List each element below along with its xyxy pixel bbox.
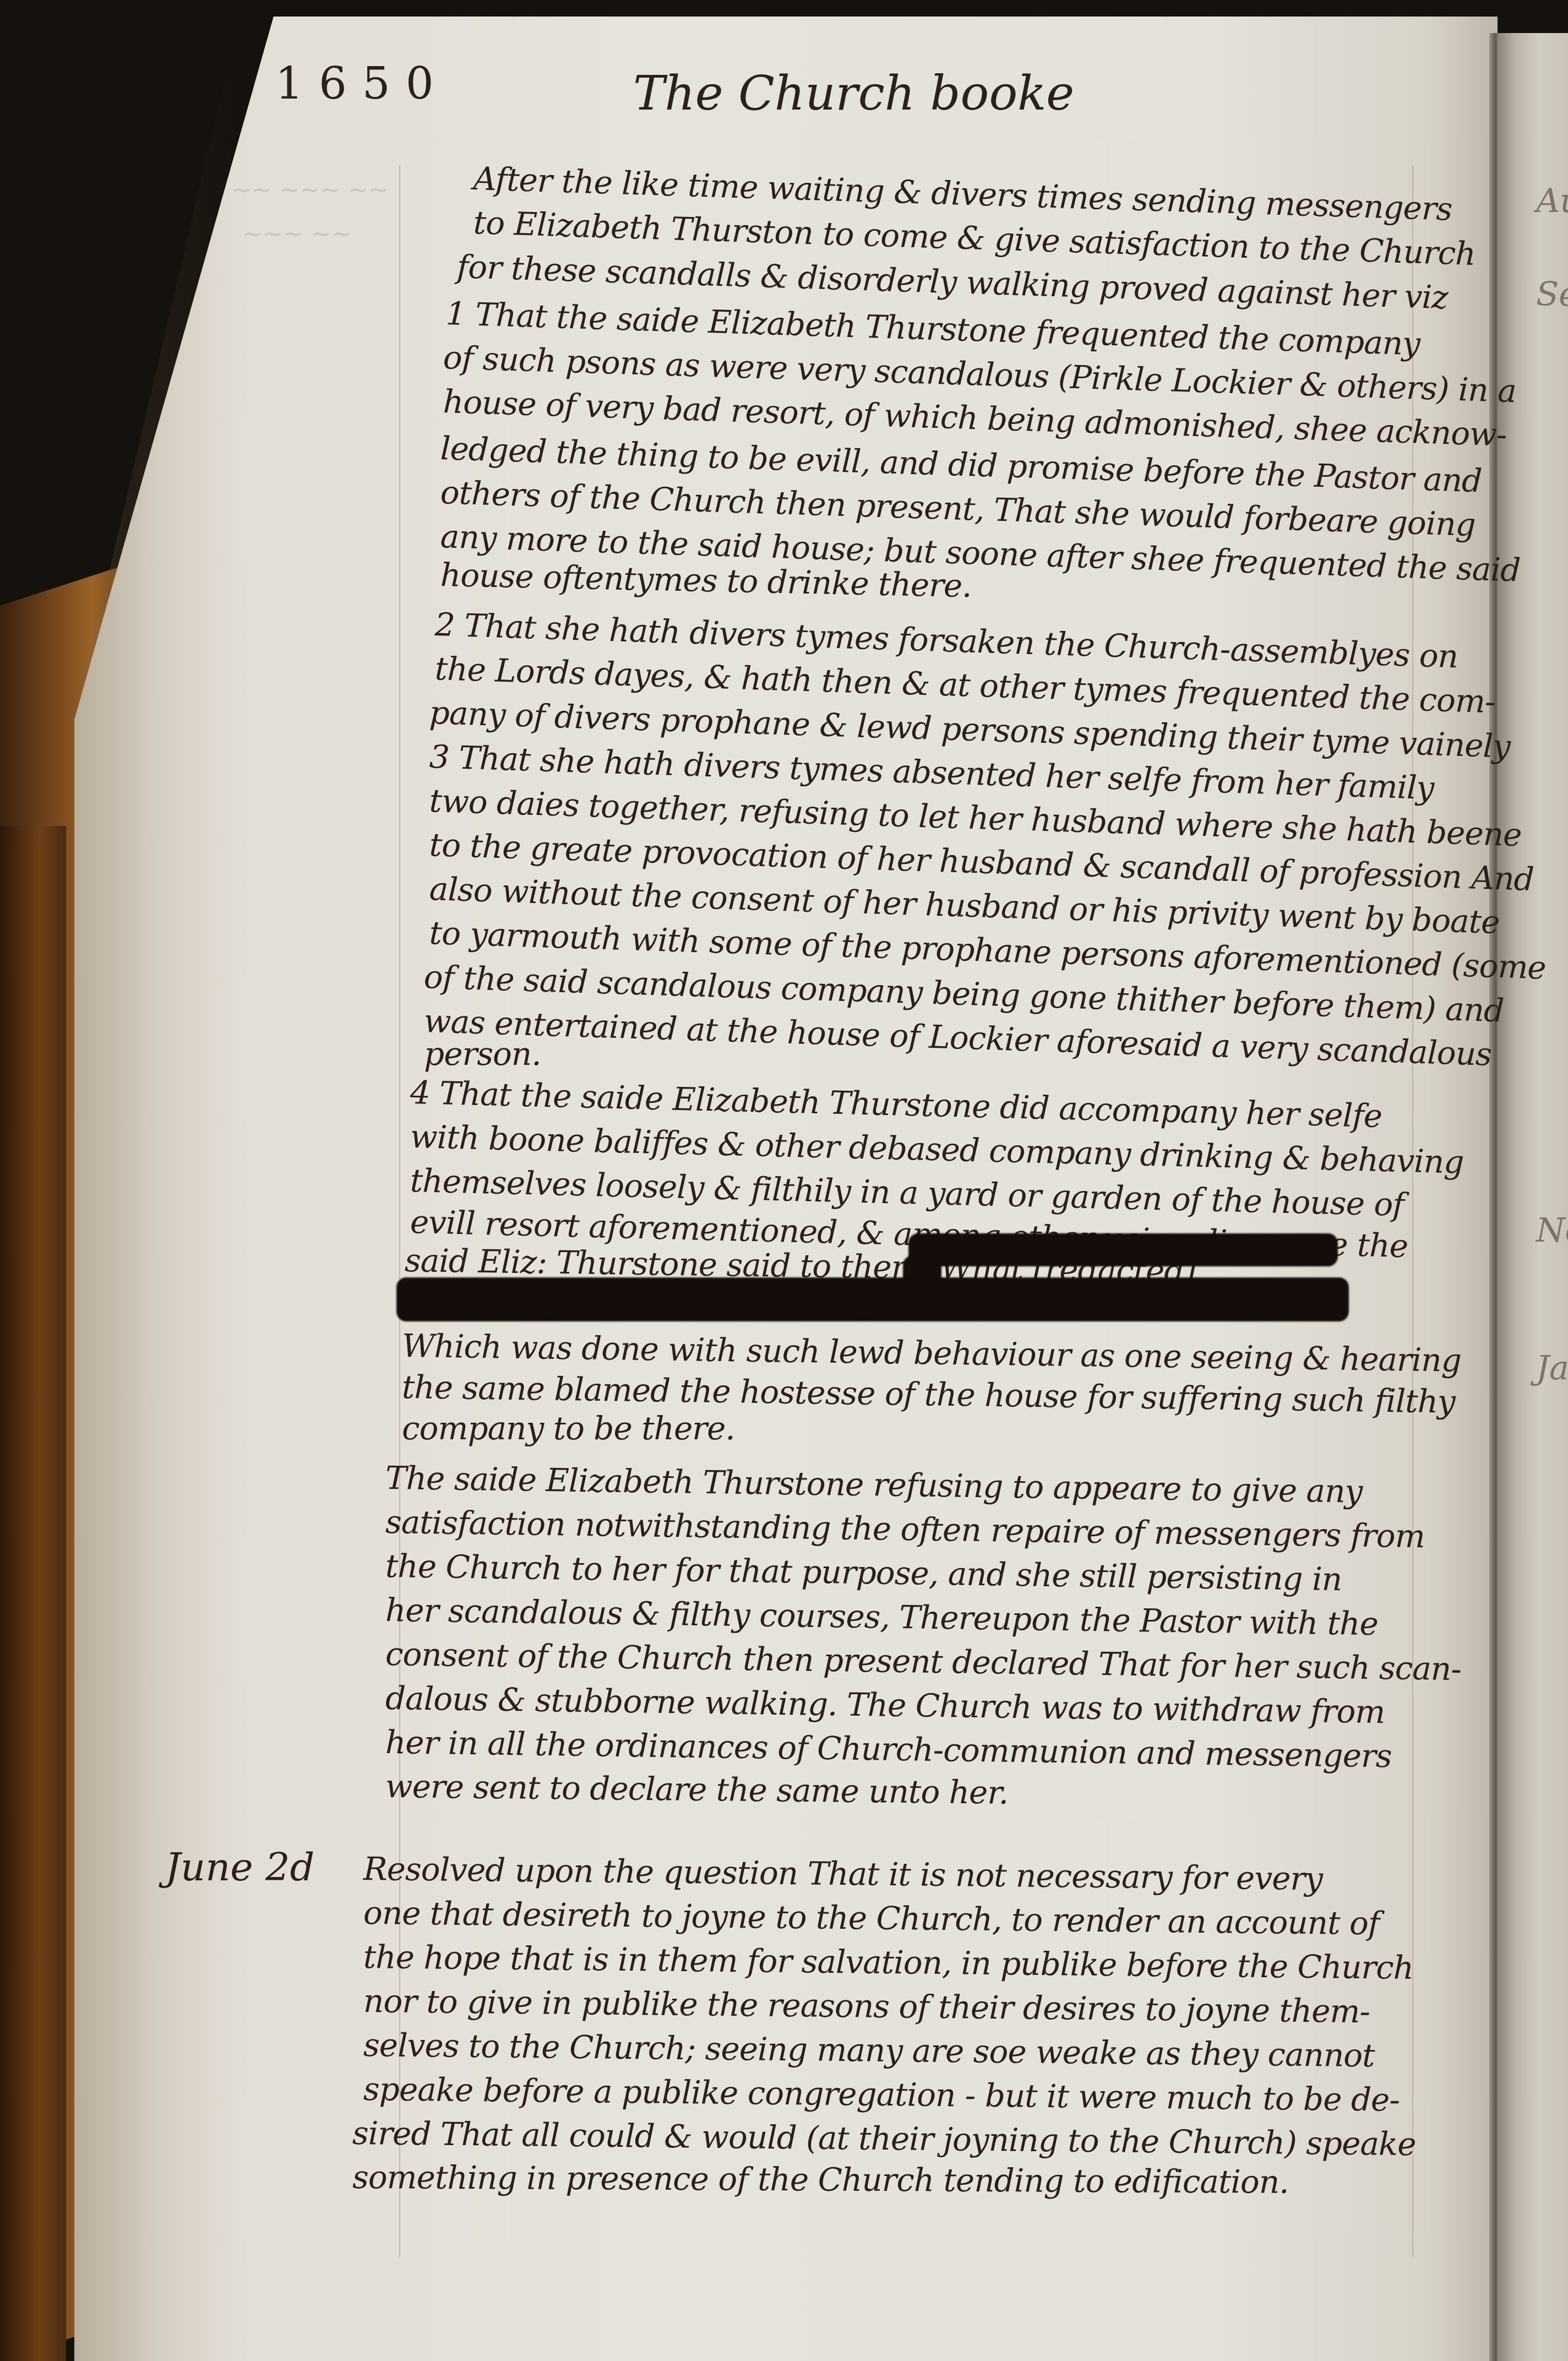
redaction-bar <box>396 1277 1349 1321</box>
margin-date: June 2d <box>165 1845 314 1890</box>
page-year: 1650 <box>275 58 449 109</box>
text-line: something in presence of the Church tend… <box>352 2158 1289 2201</box>
facing-page-fragment: Nov <box>1536 1211 1568 1250</box>
text-line: were sent to declare the same unto her. <box>385 1767 1009 1811</box>
show-through-ink: ~~~ ~~ <box>242 220 351 248</box>
facing-page-fragment: Sept <box>1536 275 1568 314</box>
text-line: person. <box>424 1035 541 1073</box>
book-cover-edge <box>0 826 66 2361</box>
facing-page-fragment: Jan <box>1536 1349 1568 1388</box>
redaction-bar <box>908 1233 1338 1266</box>
page-title: The Church booke <box>633 66 1074 121</box>
facing-page-fragment: Aug <box>1536 182 1568 220</box>
text-line: company to be there. <box>402 1410 735 1447</box>
show-through-ink: ~~ ~~~ ~~ <box>231 176 389 204</box>
